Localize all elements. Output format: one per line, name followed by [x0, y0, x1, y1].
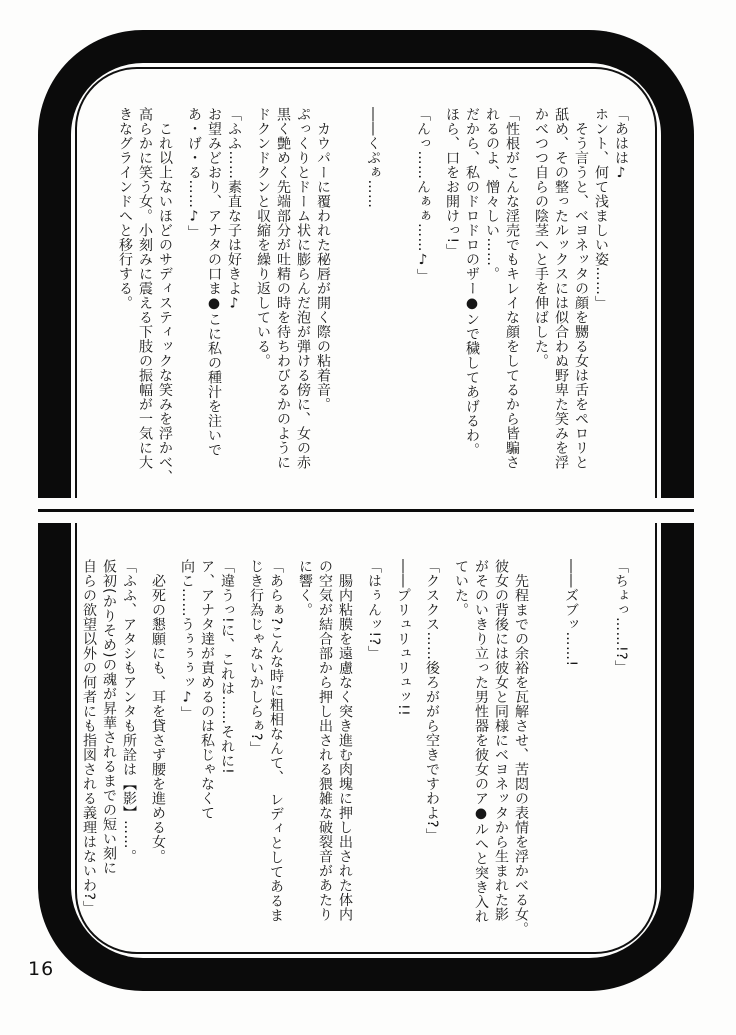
text-line: 「違うっ!に、これは……それに! [217, 559, 237, 942]
page-number: 16 [28, 958, 54, 980]
text-line: の空気が結合部から押し出される猥雑な破裂音があたり [315, 559, 335, 942]
text-line: ていた。 [451, 559, 471, 942]
text-line: がそのいきり立った男性器を彼女のア●ルへと突き入れ [471, 559, 491, 942]
panel-divider-rule [38, 509, 694, 512]
text-line: 「ちょっ……!?」 [611, 559, 631, 942]
panel-bottom: 「ちょっ……!?」――ズブッ……! 先程までの余裕を瓦解させ、苦悶の表情を浮かべ… [38, 523, 694, 991]
doujinshi-page: 「あはは♪ホント、何て浅ましい姿……」 そう言うと、ベヨネッタの顔を嬲る女は舌を… [0, 0, 736, 1035]
text-line: ぷっくりとドーム状に膨らんだ泡が弾ける傍に、女の赤 [293, 107, 313, 492]
text-line: カウパーに覆われた秘唇が開く際の粘着音。 [313, 107, 333, 492]
text-line: 「ふふ、アタシもアンタも所詮は【影】……。 [119, 559, 139, 942]
text-line: に響く。 [295, 559, 315, 942]
text-line: ア、アナタ達が責めるのは私じゃなくて [197, 559, 217, 942]
panel-bottom-inner-border: 「ちょっ……!?」――ズブッ……! 先程までの余裕を瓦解させ、苦悶の表情を浮かべ… [75, 523, 657, 954]
text-line: 自らの欲望以外の何者にも指図される義理はないわ?」 [79, 559, 99, 942]
text-line: 「はぅんッ!?」 [364, 559, 384, 942]
text-line: そう言うと、ベヨネッタの顔を嬲る女は舌をペロリと [571, 107, 591, 492]
text-line: 「クスクス……後ろががら空きですわよ?」 [422, 559, 442, 942]
text-line: きなグラインドへと移行する。 [115, 107, 135, 492]
text-line: れるのよ、憎々しい……。 [482, 107, 502, 492]
text-line: 舐め、その整ったルックスには似合わぬ野卑た笑みを浮 [551, 107, 571, 492]
text-line: ホント、何て浅ましい姿……」 [591, 107, 611, 492]
text-line: じき行為じゃないかしらぁ?」 [246, 559, 266, 942]
text-line: 彼女の背後には彼女と同様にベヨネッタから生まれた影 [491, 559, 511, 942]
text-line: ほら、口をお開けっ!」 [442, 107, 462, 492]
panel-top: 「あはは♪ホント、何て浅ましい姿……」 そう言うと、ベヨネッタの顔を嬲る女は舌を… [38, 30, 694, 498]
panel-top-text: 「あはは♪ホント、何て浅ましい姿……」 そう言うと、ベヨネッタの顔を嬲る女は舌を… [85, 107, 631, 492]
text-line: ――プリュリュリュッ!! [393, 559, 413, 942]
text-line: これ以上ないほどのサディスティックな笑みを浮かべ、 [155, 107, 175, 492]
text-line: 「性根がこんな淫売でもキレイな顔をしてるから皆騙さ [502, 107, 522, 492]
text-line: ――くぷぁ…… [363, 107, 383, 492]
text-line: 「あらぁ?こんな時に粗相なんて、 レディとしてあるま [266, 559, 286, 942]
text-line: 高らかに笑う女。小刻みに震える下肢の振幅が一気に大 [135, 107, 155, 492]
panel-top-inner-border: 「あはは♪ホント、何て浅ましい姿……」 そう言うと、ベヨネッタの顔を嬲る女は舌を… [75, 67, 657, 498]
text-line: 黒く艶めく先端部分が吐精の時を待ちわびるかのように [273, 107, 293, 492]
text-line: 先程までの余裕を瓦解させ、苦悶の表情を浮かべる女。 [511, 559, 531, 942]
text-line: 必死の懇願にも、耳を貸さず腰を進める女。 [148, 559, 168, 942]
text-line: 仮初(かりそめ)の魂が昇華されるまでの短い刻に [99, 559, 119, 942]
text-line: 「んっ……んぁぁ……♪」 [413, 107, 433, 492]
text-line: お望みどおり、アナタの口ま●こに私の種汁を注いで [204, 107, 224, 492]
text-line: かべつつ自らの陰茎へと手を伸ばした。 [531, 107, 551, 492]
text-line: だから、私のドロドロのザー●ンで穢してあげるわ。 [462, 107, 482, 492]
text-line: 「ふふ……素直な子は好きよ♪ [224, 107, 244, 492]
text-line: 腸内粘膜を遠慮なく突き進む肉塊に押し出された体内 [335, 559, 355, 942]
text-line: 「あはは♪ [611, 107, 631, 492]
text-line: ――ズブッ……! [561, 559, 581, 942]
text-line: ドクンドクンと収縮を繰り返している。 [253, 107, 273, 492]
panel-bottom-text: 「ちょっ……!?」――ズブッ……! 先程までの余裕を瓦解させ、苦悶の表情を浮かべ… [85, 559, 631, 942]
text-line: 向こ……うぅぅぅッ♪」 [177, 559, 197, 942]
text-line: あ・げ・る……♪」 [184, 107, 204, 492]
